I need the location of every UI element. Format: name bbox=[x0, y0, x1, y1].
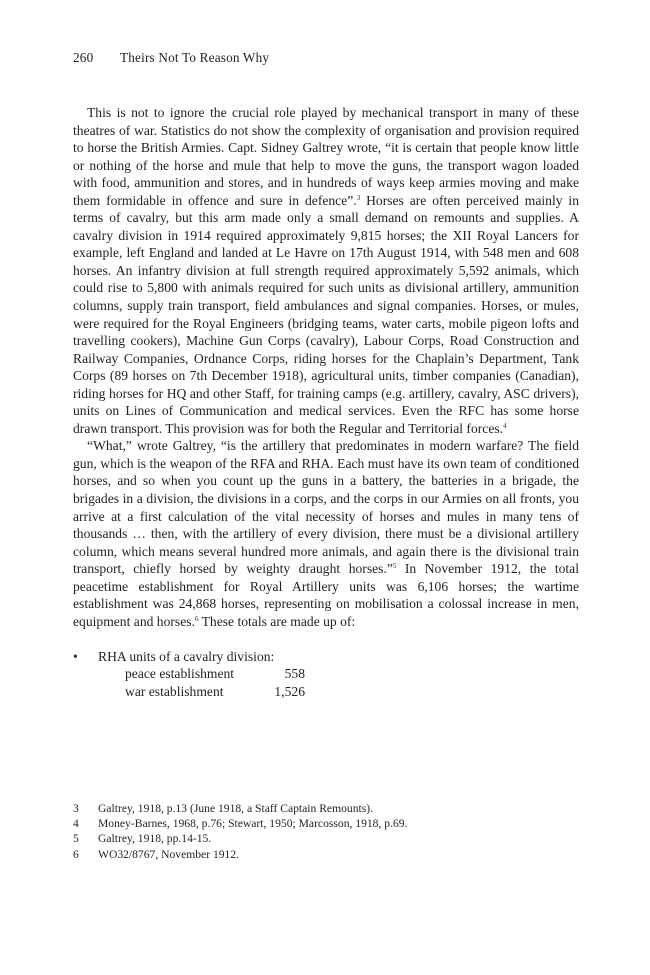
footnote-text: Money-Barnes, 1968, p.76; Stewart, 1950;… bbox=[98, 816, 407, 831]
footnote-ref-6[interactable]: 6 bbox=[195, 615, 199, 623]
footnote: 6 WO32/8767, November 1912. bbox=[73, 847, 579, 862]
footnote-text: Galtrey, 1918, pp.14-15. bbox=[98, 831, 211, 846]
footnote: 4 Money-Barnes, 1968, p.76; Stewart, 195… bbox=[73, 816, 579, 831]
footnote-text: WO32/8767, November 1912. bbox=[98, 847, 239, 862]
establishment-row: peace establishment 558 bbox=[73, 665, 579, 683]
running-head: 260Theirs Not To Reason Why bbox=[73, 50, 269, 66]
body-text: This is not to ignore the crucial role p… bbox=[73, 104, 579, 701]
footnote-ref-4[interactable]: 4 bbox=[503, 422, 507, 430]
paragraph-text: Horses are often perceived mainly in ter… bbox=[73, 193, 579, 436]
page-number: 260 bbox=[73, 50, 120, 66]
bullet-icon: • bbox=[73, 648, 98, 666]
running-title: Theirs Not To Reason Why bbox=[120, 50, 269, 65]
row-label: war establishment bbox=[125, 683, 265, 701]
paragraph-text: “What,” wrote Galtrey, “is the artillery… bbox=[73, 438, 579, 576]
footnotes: 3 Galtrey, 1918, p.13 (June 1918, a Staf… bbox=[73, 801, 579, 862]
footnote-text: Galtrey, 1918, p.13 (June 1918, a Staff … bbox=[98, 801, 373, 816]
footnote: 5 Galtrey, 1918, pp.14-15. bbox=[73, 831, 579, 846]
list-item: • RHA units of a cavalry division: bbox=[73, 648, 579, 666]
row-value: 558 bbox=[265, 665, 305, 683]
footnote-number: 6 bbox=[73, 847, 98, 862]
row-value: 1,526 bbox=[265, 683, 305, 701]
row-label: peace establishment bbox=[125, 665, 265, 683]
establishment-row: war establishment 1,526 bbox=[73, 683, 579, 701]
footnote-number: 4 bbox=[73, 816, 98, 831]
paragraph-text: These totals are made up of: bbox=[198, 614, 355, 629]
paragraph-2: “What,” wrote Galtrey, “is the artillery… bbox=[73, 437, 579, 630]
footnote-ref-3[interactable]: 3 bbox=[357, 194, 361, 202]
footnote: 3 Galtrey, 1918, p.13 (June 1918, a Staf… bbox=[73, 801, 579, 816]
footnote-number: 3 bbox=[73, 801, 98, 816]
footnote-number: 5 bbox=[73, 831, 98, 846]
footnote-ref-5[interactable]: 5 bbox=[393, 562, 397, 570]
bulleted-list: • RHA units of a cavalry division: peace… bbox=[73, 648, 579, 701]
list-item-label: RHA units of a cavalry division: bbox=[98, 648, 274, 666]
paragraph-1: This is not to ignore the crucial role p… bbox=[73, 104, 579, 437]
